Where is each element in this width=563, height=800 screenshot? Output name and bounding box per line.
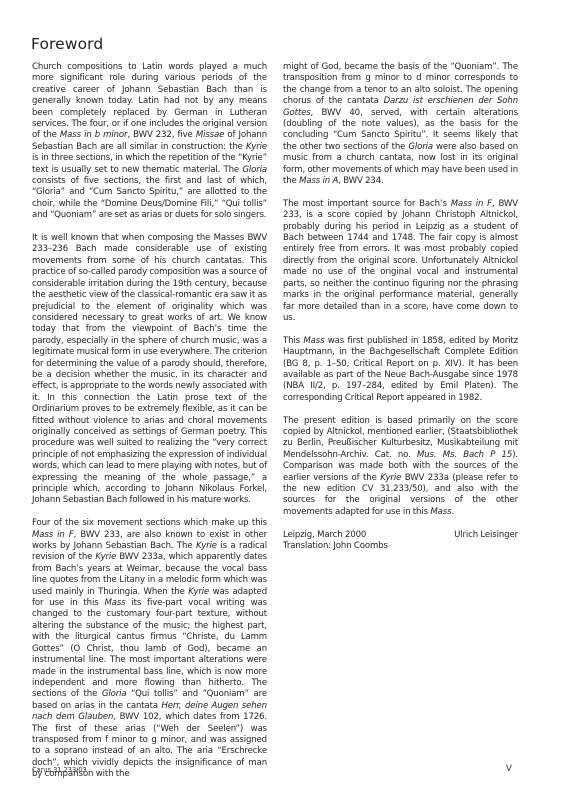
- page-title: Foreword: [31, 35, 103, 53]
- paragraph: It is well known that when composing the…: [32, 233, 267, 507]
- paragraph: might of God, became the basis of the “Q…: [283, 62, 518, 187]
- page-number: V: [506, 764, 512, 774]
- italic-title: Kyrie: [188, 587, 209, 597]
- italic-title: Kyrie: [246, 142, 267, 152]
- italic-title: Darzu ist erschienen der Sohn Gottes: [283, 96, 518, 117]
- left-column: Church compositions to Latin words playe…: [32, 62, 267, 781]
- italic-title: Mass: [104, 598, 125, 608]
- paragraph: This Mass was first published in 1858, e…: [283, 336, 518, 404]
- translator-credit: Translation: John Coombs: [283, 541, 518, 552]
- paragraph: The most important source for Bach’s Mas…: [283, 199, 518, 324]
- italic-title: Gloria: [408, 142, 433, 152]
- paragraph: Church compositions to Latin words playe…: [32, 62, 267, 222]
- signature-line: Leipzig, March 2000 Ulrich Leisinger: [283, 530, 518, 541]
- paragraph: Four of the six movement sections which …: [32, 518, 267, 780]
- italic-title: Mass: [303, 336, 324, 346]
- italic-title: Herr, deine Augen sehen nach dem Glauben: [32, 701, 267, 722]
- italic-title: Kyrie: [196, 541, 217, 551]
- author-name: Ulrich Leisinger: [454, 530, 518, 541]
- italic-title: Kyrie: [95, 552, 116, 562]
- italic-title: Mass in F: [451, 199, 492, 209]
- italic-title: Mass in b minor: [60, 130, 128, 140]
- italic-title: Gloria: [242, 165, 267, 175]
- italic-title: Gloria: [102, 689, 127, 699]
- italic-title: Missae: [196, 130, 224, 140]
- place-date: Leipzig, March 2000: [283, 530, 366, 541]
- signature-block: Leipzig, March 2000 Ulrich Leisinger Tra…: [283, 530, 518, 553]
- italic-title: Mass in F: [32, 530, 74, 540]
- italic-title: Mass in A: [299, 176, 338, 186]
- paragraph: The present edition is based primarily o…: [283, 416, 518, 519]
- right-column: might of God, became the basis of the “Q…: [283, 62, 518, 552]
- catalog-number: Carus 31.233/03: [32, 766, 87, 774]
- italic-title: Mass: [430, 507, 451, 517]
- italic-title: Kyrie: [380, 473, 401, 483]
- italic-title: Mus. Ms. Bach P 15: [417, 450, 512, 460]
